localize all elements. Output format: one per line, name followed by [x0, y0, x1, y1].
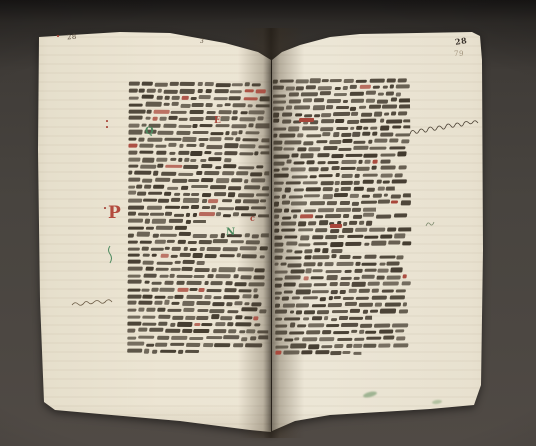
script-line: [275, 340, 361, 360]
left-quire-mark: 3: [200, 39, 204, 45]
illuminated-initial-c: c: [250, 214, 255, 222]
right-folio-number-faint: 79: [454, 51, 464, 58]
illuminated-initial-P: P: [108, 205, 121, 222]
margin-dot: [106, 120, 108, 122]
right-margin-tick: [424, 219, 436, 229]
rubric-word: [330, 224, 342, 228]
illuminated-initial-E: E: [214, 117, 221, 126]
script-line: [127, 339, 200, 358]
right-text-block: [273, 67, 413, 351]
illuminated-initial-N: N: [226, 228, 235, 238]
right-folio-number-ink: 28: [454, 36, 467, 46]
right-margin-gloss: [408, 126, 480, 138]
green-margin-stroke: [106, 245, 114, 265]
manuscript-photo: · 28 3 28 79 EQPNc: [0, 0, 536, 446]
left-text-block: [127, 72, 270, 351]
left-margin-gloss: [70, 298, 116, 310]
margin-dot: [106, 126, 108, 128]
rubric-word: [299, 118, 314, 122]
left-folio-number: 28: [67, 34, 77, 42]
illuminated-initial-Q: Q: [145, 127, 154, 137]
margin-dot: [104, 207, 106, 209]
margin-dot: [57, 35, 59, 37]
